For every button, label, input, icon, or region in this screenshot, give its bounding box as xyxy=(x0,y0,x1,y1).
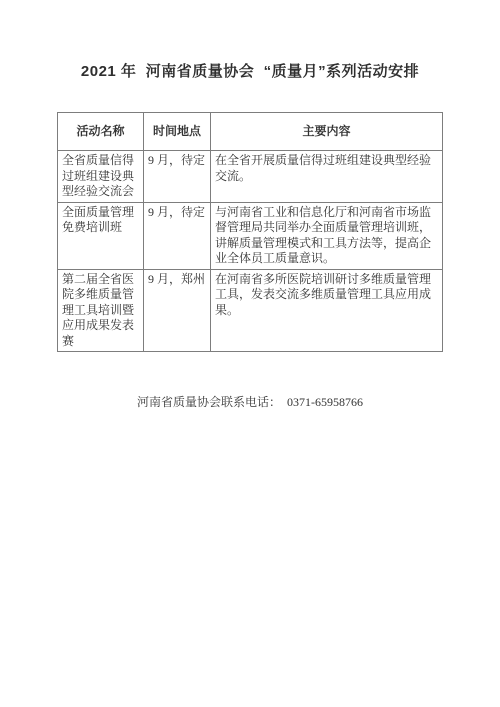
activity-name-cell: 全面质量管理免费培训班 xyxy=(58,202,144,269)
column-header-main-content: 主要内容 xyxy=(211,113,443,151)
column-header-activity-name: 活动名称 xyxy=(58,113,144,151)
main-content-cell: 与河南省工业和信息化厅和河南省市场监督管理局共同举办全面质量管理培训班，讲解质量… xyxy=(211,202,443,269)
activity-name-cell: 全省质量信得过班组建设典型经验交流会 xyxy=(58,151,144,203)
activities-table: 活动名称 时间地点 主要内容 全省质量信得过班组建设典型经验交流会 9 月，待定… xyxy=(57,112,443,352)
main-content-cell: 在河南省多所医院培训研讨多维质量管理工具，发表交流多维质量管理工具应用成果。 xyxy=(211,269,443,352)
page-title: 2021 年 河南省质量协会 “质量月”系列活动安排 xyxy=(0,60,500,81)
table-header-row: 活动名称 时间地点 主要内容 xyxy=(58,113,443,151)
time-place-cell: 9 月，待定 xyxy=(144,202,211,269)
column-header-time-place: 时间地点 xyxy=(144,113,211,151)
table-row: 全省质量信得过班组建设典型经验交流会 9 月，待定 在全省开展质量信得过班组建设… xyxy=(58,151,443,203)
contact-phone-line: 河南省质量协会联系电话： 0371-65958766 xyxy=(0,393,500,410)
time-place-cell: 9 月，郑州 xyxy=(144,269,211,352)
activity-name-cell: 第二届全省医院多维质量管理工具培训暨应用成果发表赛 xyxy=(58,269,144,352)
time-place-cell: 9 月，待定 xyxy=(144,151,211,203)
table-row: 第二届全省医院多维质量管理工具培训暨应用成果发表赛 9 月，郑州 在河南省多所医… xyxy=(58,269,443,352)
document-page: 2021 年 河南省质量协会 “质量月”系列活动安排 活动名称 时间地点 主要内… xyxy=(0,0,500,707)
main-content-cell: 在全省开展质量信得过班组建设典型经验交流。 xyxy=(211,151,443,203)
table-row: 全面质量管理免费培训班 9 月，待定 与河南省工业和信息化厅和河南省市场监督管理… xyxy=(58,202,443,269)
